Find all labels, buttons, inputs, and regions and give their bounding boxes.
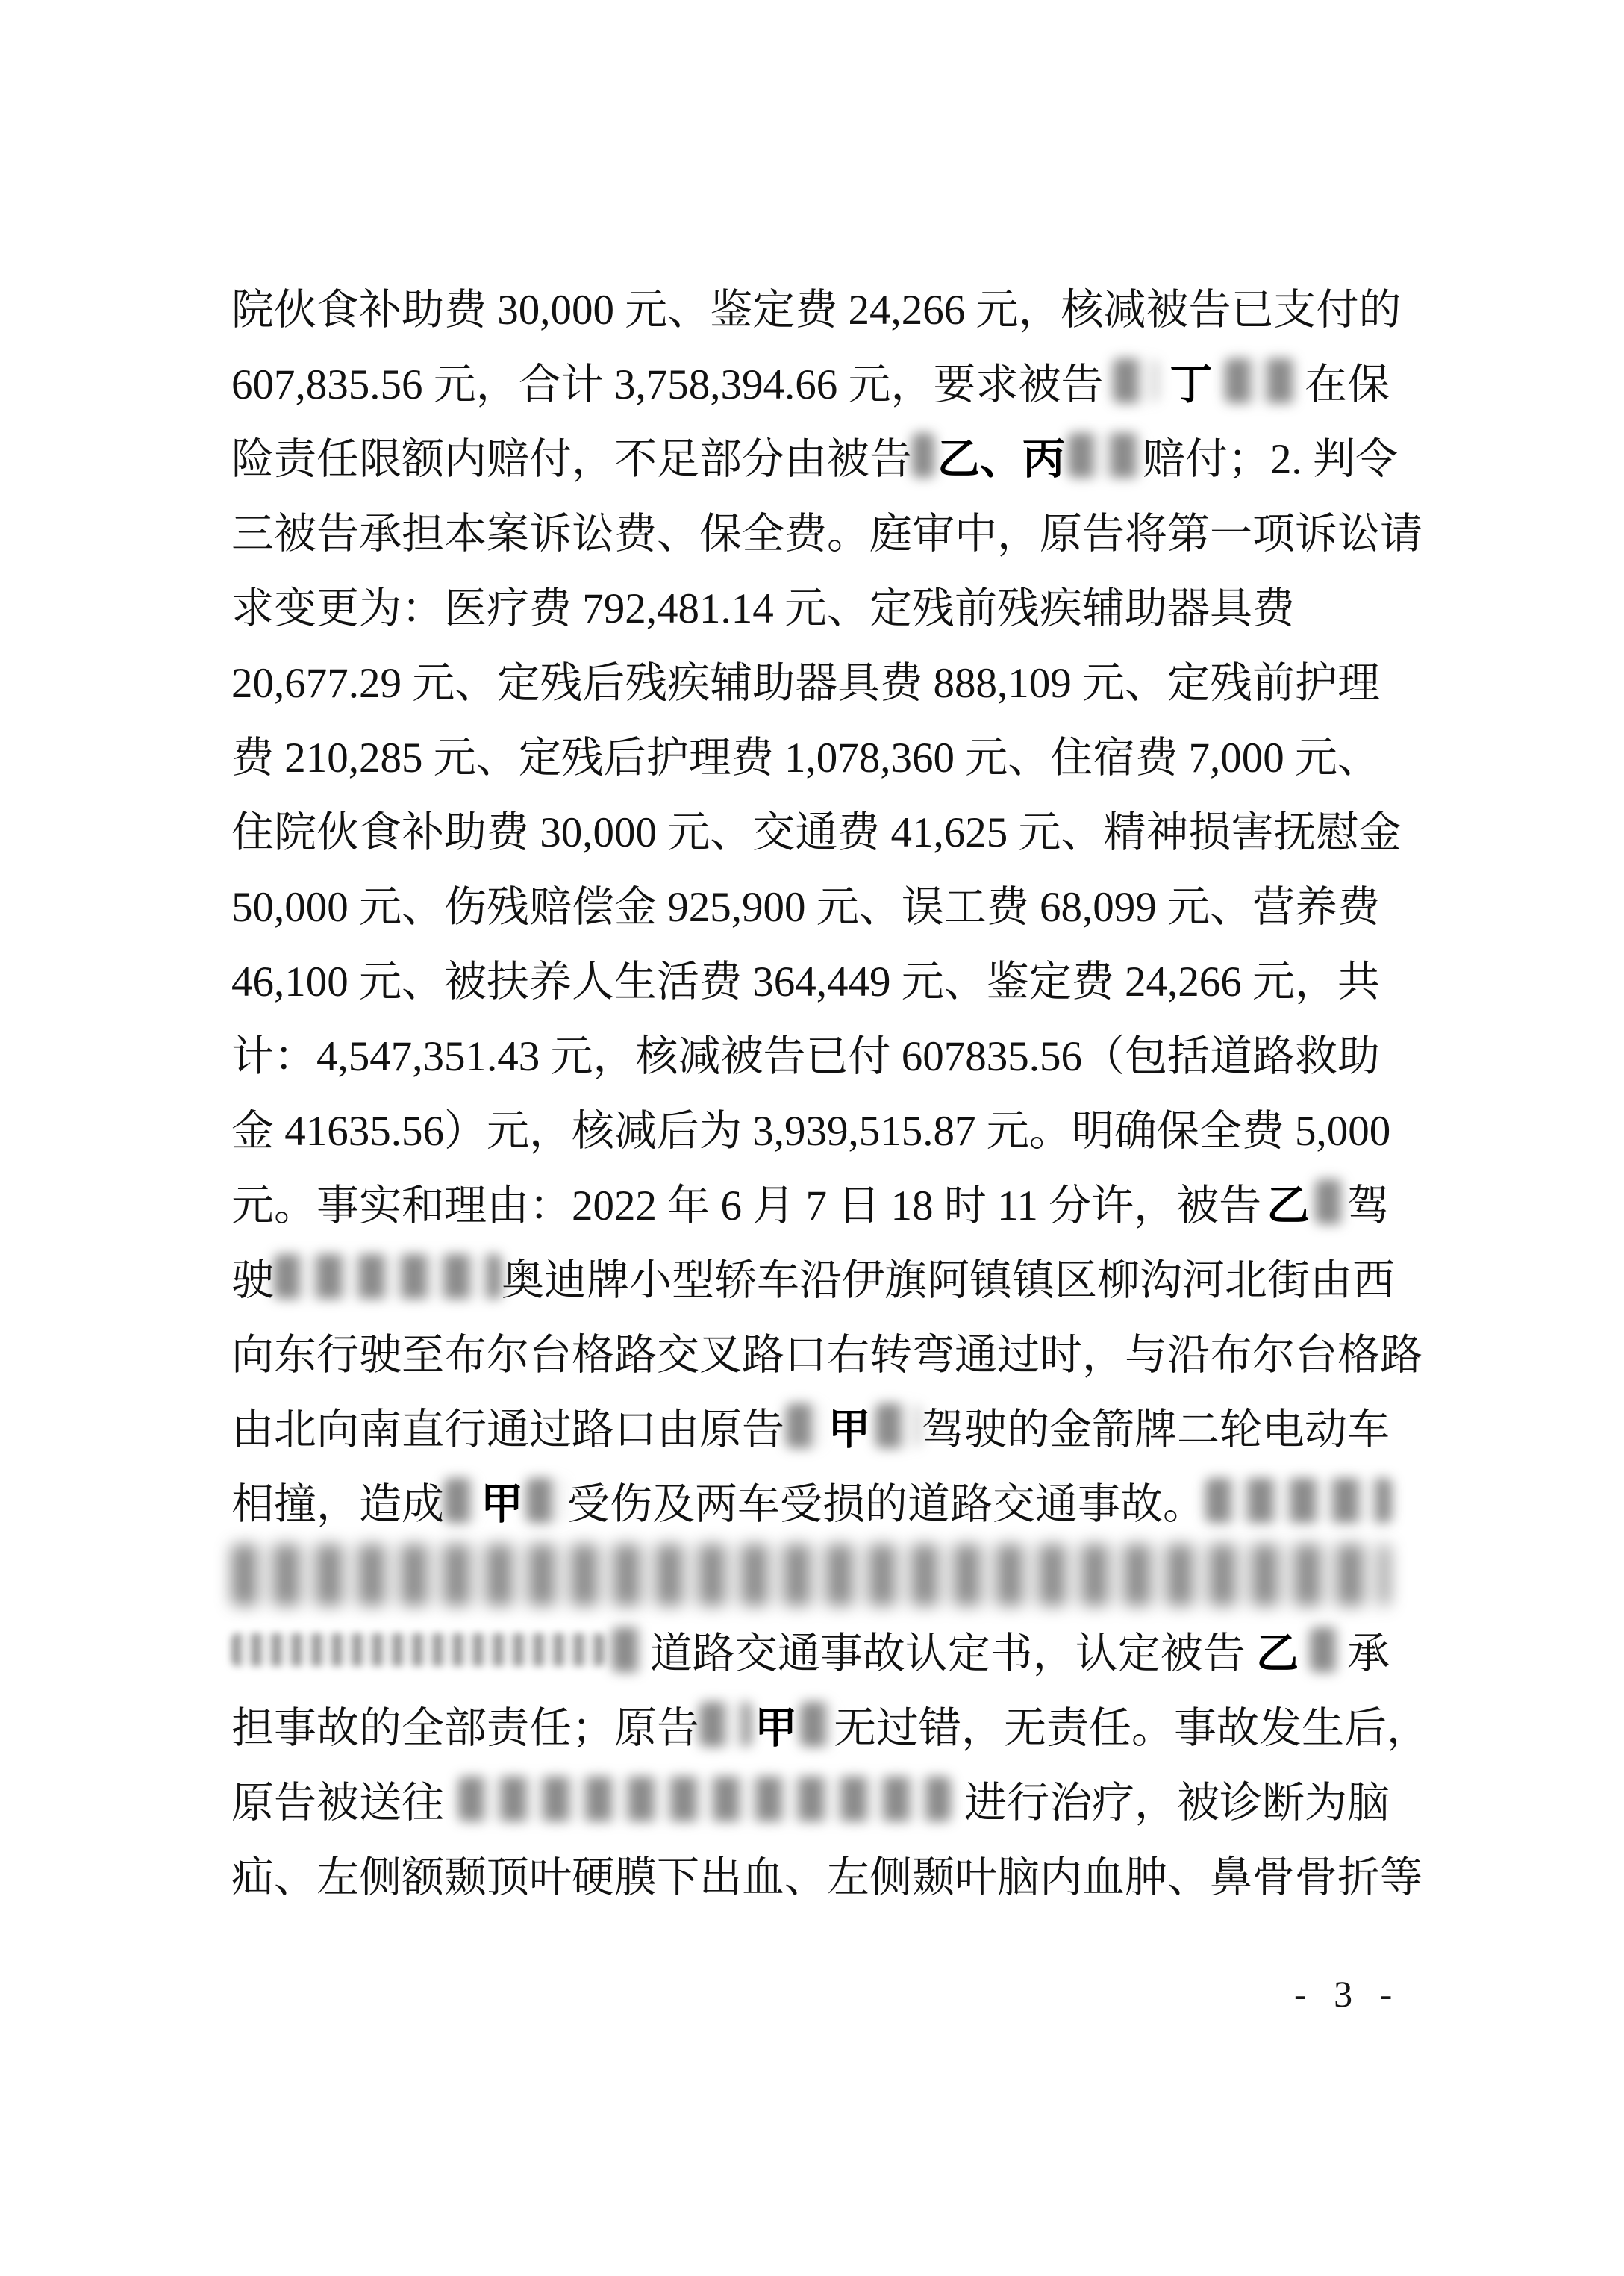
redacted-text [526,1478,567,1523]
redacted-text [912,433,934,478]
line-text: 607,835.56 元，合计 3,758,394.66 元，要求被告 [231,350,1104,411]
line-text: 赔付；2. 判令 [1143,425,1398,486]
line-text: 由北向南直行通过路口由原告 [231,1395,784,1456]
line-text: 承 [1347,1619,1390,1680]
redacted-text [800,1702,834,1747]
anonymized-party-label: 乙 [1264,1171,1312,1232]
text-line: 驶奥迪牌小型轿车沿伊旗阿镇镇区柳沟河北街由西 [231,1239,1390,1314]
line-text: 进行治疗，被诊断为脑 [964,1768,1390,1830]
anonymized-party-label: 丁 [1167,350,1215,411]
line-text: 原告被送往 [231,1768,444,1830]
text-line: 由北向南直行通过路口由原告甲驾驶的金箭牌二轮电动车 [231,1388,1390,1463]
text-line: 607,835.56 元，合计 3,758,394.66 元，要求被告丁在保 [231,343,1390,418]
line-text: 无过错，无责任。事故发生后， [834,1694,1429,1755]
redacted-text [1315,1179,1345,1224]
anonymized-party-label: 乙、丙 [934,425,1068,486]
line-text: 求变更为：医疗费 792,481.14 元、定残前残疾辅助器具费 [231,574,1295,635]
text-line: 道路交通事故认定书，认定被告乙承 [231,1612,1390,1687]
text-line: 向东行驶至布尔台格路交叉路口右转弯通过时，与沿布尔台格路 [231,1314,1390,1388]
anonymized-party-label: 甲 [825,1395,874,1456]
text-line: 三被告承担本案诉讼费、保全费。庭审中，原告将第一项诉讼请 [231,493,1390,567]
redacted-text [231,1633,605,1666]
line-text: 险责任限额内赔付，不足部分由被告 [231,425,912,486]
anonymized-party-label: 乙 [1253,1619,1302,1680]
document-body: 院伙食补助费 30,000 元、鉴定费 24,266 元，核减被告已支付的607… [231,269,1390,1911]
line-text: 受伤及两车受损的道路交通事故。 [567,1470,1205,1531]
document-page: 院伙食补助费 30,000 元、鉴定费 24,266 元，核减被告已支付的607… [0,0,1624,2276]
page-number: - 3 - [1294,1972,1401,2015]
redacted-text [1310,1627,1340,1672]
text-line: 50,000 元、伤残赔偿金 925,900 元、误工费 68,099 元、营养… [231,866,1390,941]
redacted-text [1068,433,1143,478]
redacted-text [1113,358,1158,403]
line-text: 担事故的全部责任；原告 [231,1694,699,1755]
text-line: 院伙食补助费 30,000 元、鉴定费 24,266 元，核减被告已支付的 [231,269,1390,343]
line-text: 驾驶的金箭牌二轮电动车 [922,1395,1390,1456]
text-line: 原告被送往进行治疗，被诊断为脑 [231,1762,1390,1836]
redacted-text [458,1777,951,1821]
text-line: 元。事实和理由：2022 年 6 月 7 日 18 时 11 分许，被告乙驾 [231,1164,1390,1239]
line-text: 20,677.29 元、定残后残疾辅助器具费 888,109 元、定残前护理 [231,649,1380,710]
text-line: 险责任限额内赔付，不足部分由被告乙、丙赔付；2. 判令 [231,418,1390,493]
text-line: 住院伙食补助费 30,000 元、交通费 41,625 元、精神损害抚慰金 [231,791,1390,866]
redacted-text [231,1544,1390,1606]
line-text: 住院伙食补助费 30,000 元、交通费 41,625 元、精神损害抚慰金 [231,798,1402,859]
line-text: 46,100 元、被扶养人生活费 364,449 元、鉴定费 24,266 元，… [231,947,1380,1008]
redacted-text [444,1478,478,1523]
line-text: 费 210,285 元、定残后护理费 1,078,360 元、住宿费 7,000… [231,723,1380,785]
line-text: 三被告承担本案诉讼费、保全费。庭审中，原告将第一项诉讼请 [231,499,1422,561]
redacted-text [612,1627,642,1672]
redacted-text [1225,358,1296,403]
line-text: 驶 [231,1246,274,1307]
line-text: 在保 [1305,350,1390,411]
text-line: 20,677.29 元、定残后残疾辅助器具费 888,109 元、定残前护理 [231,642,1390,717]
anonymized-party-label: 甲 [478,1470,526,1531]
redacted-text [699,1702,752,1747]
line-text: 向东行驶至布尔台格路交叉路口右转弯通过时，与沿布尔台格路 [231,1321,1422,1382]
line-text: 金 41635.56）元，核减后为 3,939,515.87 元。明确保全费 5… [231,1097,1390,1158]
line-text: 50,000 元、伤残赔偿金 925,900 元、误工费 68,099 元、营养… [231,873,1380,934]
line-text: 道路交通事故认定书，认定被告 [650,1619,1246,1680]
text-line: 金 41635.56）元，核减后为 3,939,515.87 元。明确保全费 5… [231,1090,1390,1164]
text-line [231,1538,1390,1612]
text-line: 计：4,547,351.43 元，核减被告已付 607835.56（包括道路救助 [231,1015,1390,1090]
line-text: 奥迪牌小型轿车沿伊旗阿镇镇区柳沟河北街由西 [502,1246,1395,1307]
anonymized-party-label: 甲 [752,1694,800,1755]
line-text: 元。事实和理由：2022 年 6 月 7 日 18 时 11 分许，被告 [231,1171,1261,1232]
text-line: 费 210,285 元、定残后护理费 1,078,360 元、住宿费 7,000… [231,717,1390,791]
text-line: 疝、左侧额颞顶叶硬膜下出血、左侧颞叶脑内血肿、鼻骨骨折等 [231,1836,1390,1911]
text-line: 相撞，造成甲受伤及两车受损的道路交通事故。 [231,1463,1390,1538]
redacted-text [786,1403,823,1448]
line-text: 计：4,547,351.43 元，核减被告已付 607835.56（包括道路救助 [231,1022,1380,1083]
line-text: 院伙食补助费 30,000 元、鉴定费 24,266 元，核减被告已支付的 [231,275,1402,337]
line-text: 相撞，造成 [231,1470,444,1531]
text-line: 46,100 元、被扶养人生活费 364,449 元、鉴定费 24,266 元，… [231,941,1390,1015]
line-text: 驾 [1347,1171,1390,1232]
text-line: 担事故的全部责任；原告甲无过错，无责任。事故发生后， [231,1687,1390,1762]
redacted-text [875,1403,920,1448]
text-line: 求变更为：医疗费 792,481.14 元、定残前残疾辅助器具费 [231,567,1390,642]
redacted-text [274,1254,502,1299]
redacted-text [1205,1478,1392,1523]
line-text: 疝、左侧额颞顶叶硬膜下出血、左侧颞叶脑内血肿、鼻骨骨折等 [231,1843,1422,1904]
